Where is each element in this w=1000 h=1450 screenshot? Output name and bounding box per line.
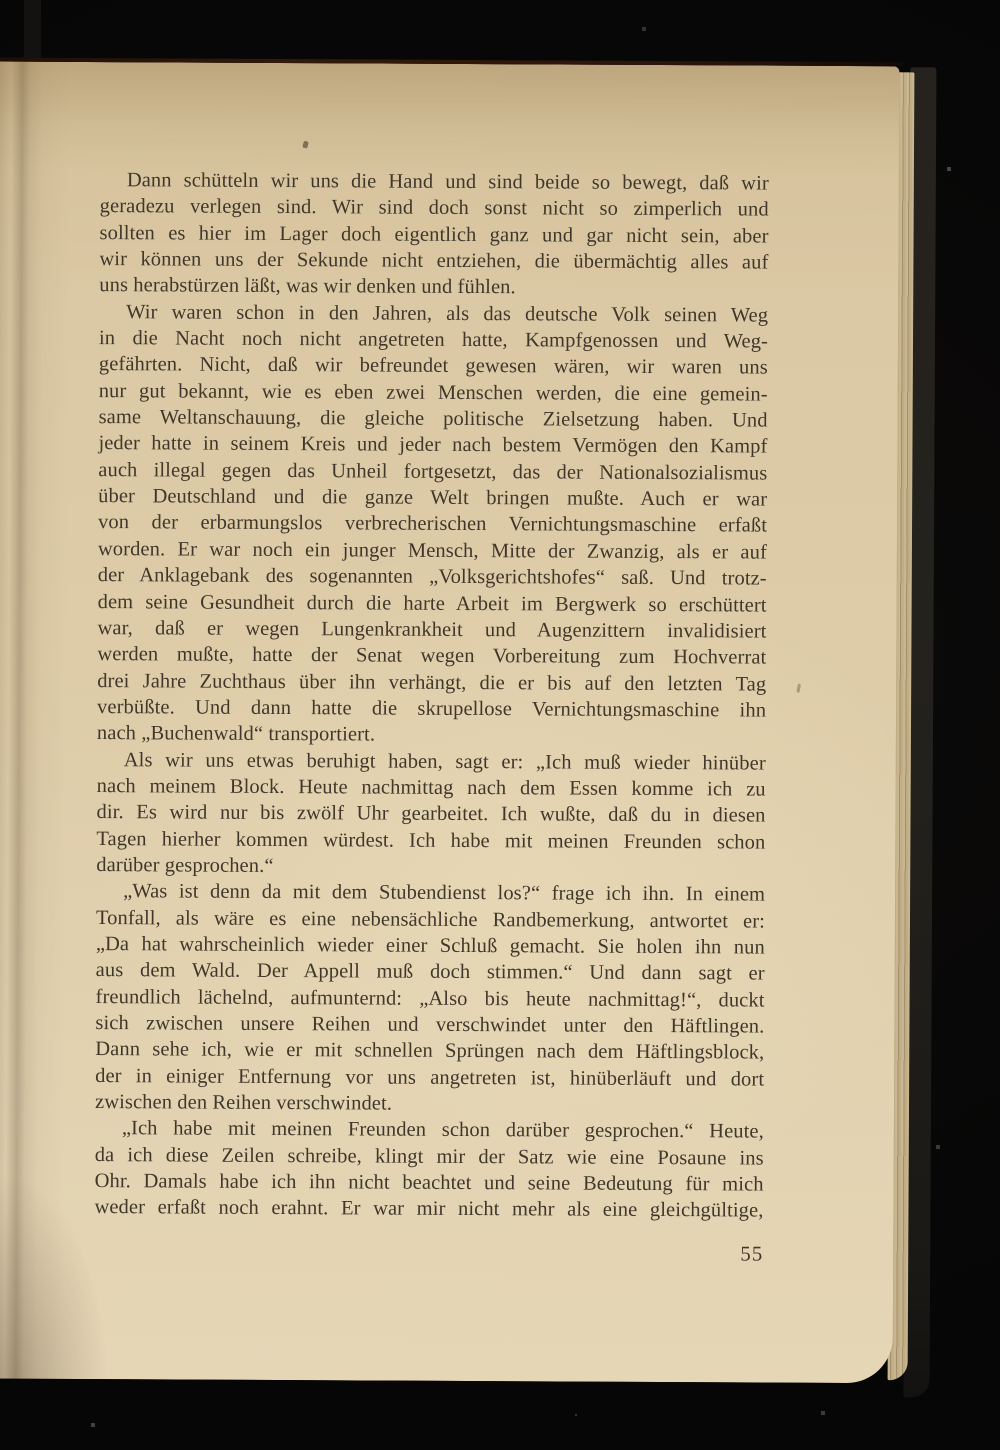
text-line: jeder hatte in seinem Kreis und jeder na… [98,431,767,461]
text-line: „Da hat wahrscheinlich wieder einer Schl… [96,931,765,961]
page-number: 55 [94,1238,763,1267]
text-line: zwischen den Reihen verschwindet. [95,1089,764,1119]
text-line: der in einiger Entfernung vor uns angetr… [95,1063,764,1093]
text-line: Ohr. Damals habe ich ihn nicht beachtet … [95,1168,764,1198]
text-line: nur gut bekannt, wie es eben zwei Mensch… [99,378,768,408]
text-line: „Ich habe mit meinen Freunden schon darü… [95,1115,764,1145]
text-line: von der erbarmungslos verbrecherischen V… [98,510,767,540]
text-line: Wir waren schon in den Jahren, als das d… [99,299,768,329]
dust-specks [0,0,2,2]
text-line: worden. Er war noch ein junger Mensch, M… [98,536,767,566]
text-line: sich zwischen unsere Reihen und verschwi… [95,1010,764,1040]
text-line: nach meinem Block. Heute nachmittag nach… [97,773,766,803]
text-line: wir können uns der Sekunde nicht entzieh… [99,246,768,276]
text-line: gefährten. Nicht, daß wir befreundet gew… [99,351,768,381]
scan-artifact [796,684,801,693]
scanned-book-photo: Dann schütteln wir uns die Hand und sind… [0,0,1000,1450]
text-line: dir. Es wird nur bis zwölf Uhr gearbeite… [96,799,765,829]
text-line: same Weltanschauung, die gleiche politis… [99,404,768,434]
text-line: „Was ist denn da mit dem Stubendienst lo… [96,878,765,908]
scan-artifact [302,141,309,149]
text-line: weder erfaßt noch erahnt. Er war mir nic… [94,1194,763,1224]
text-line: da ich diese Zeilen schreibe, klingt mir… [95,1142,764,1172]
text-line: über Deutschland und die ganze Welt brin… [98,483,767,513]
text-line: werden mußte, hatte der Senat wegen Vorb… [97,641,766,671]
text-line: geradezu verlegen sind. Wir sind doch so… [100,193,769,223]
text-line: nach „Buchenwald“ transportiert. [97,720,766,750]
text-line: darüber gesprochen.“ [96,852,765,882]
text-line: der Anklagebank des sogenannten „Volksge… [98,562,767,592]
text-line: drei Jahre Zuchthaus über ihn verhängt, … [97,668,766,698]
text-line: Tonfall, als wäre es eine nebensächliche… [96,905,765,935]
text-line: Als wir uns etwas beruhigt haben, sagt e… [97,747,766,777]
text-line: verbüßte. Und dann hatte die skrupellose… [97,694,766,724]
book: Dann schütteln wir uns die Hand und sind… [0,60,943,1391]
page-text: Dann schütteln wir uns die Hand und sind… [94,167,769,1224]
book-page: Dann schütteln wir uns die Hand und sind… [0,62,899,1384]
text-line: auch illegal gegen das Unheil fortgesetz… [98,457,767,487]
text-line: Tagen hierher kommen würdest. Ich habe m… [96,826,765,856]
text-line: aus dem Wald. Der Appell muß doch stimme… [96,957,765,987]
text-line: war, daß er wegen Lungenkrankheit und Au… [97,615,766,645]
text-line: freundlich lächelnd, aufmunternd: „Also … [96,984,765,1014]
text-line: uns herabstürzen läßt, was wir denken un… [99,272,768,302]
text-line: Dann sehe ich, wie er mit schnellen Sprü… [95,1036,764,1066]
text-line: in die Nacht noch nicht angetreten hatte… [99,325,768,355]
text-line: Dann schütteln wir uns die Hand und sind… [100,167,769,197]
text-line: sollten es hier im Lager doch eigentlich… [100,220,769,250]
text-line: dem seine Gesundheit durch die harte Arb… [98,589,767,619]
